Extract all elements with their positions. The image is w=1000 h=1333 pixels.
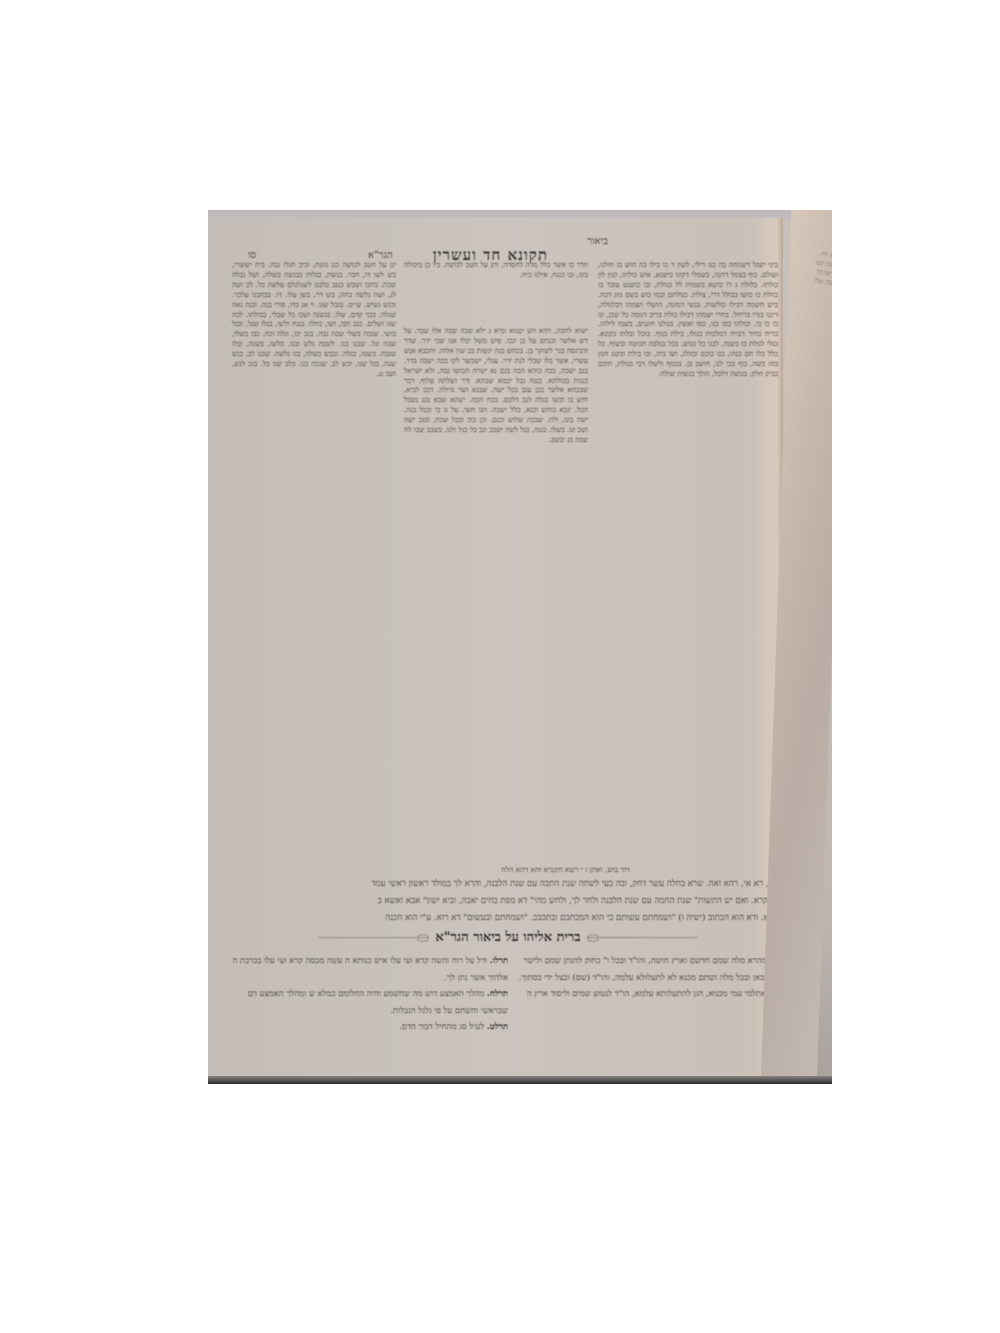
section-title: ברית אליהו על ביאור הגר"א <box>435 929 580 945</box>
footnote-entry: תרלו. ודל על רוח והשה קדא ועי עלו איש כנ… <box>222 952 508 985</box>
book-photo: ביאור תקונא חד ועשרין הגר"א סו ביני ישגל… <box>208 210 832 1084</box>
wide-line-centered: דוד בוש, ואתן ו י רשא חקנרא והא דהא הלה <box>208 864 783 876</box>
table-edge-shadow <box>208 1076 832 1084</box>
footnote-number: תרלט. <box>487 1021 508 1031</box>
footnote-column-left: תרלו. ודל על רוח והשה קדא ועי עלו איש כנ… <box>222 952 508 1042</box>
footnote-text: ודל על רוח והשה קדא ועי עלו איש כנותא ה … <box>233 955 509 982</box>
full-width-text: דוד בוש, ואתן ו י רשא חקנרא והא דהא הלה … <box>208 864 783 927</box>
book-page: ביאור תקונא חד ועשרין הגר"א סו ביני ישגל… <box>208 218 783 1076</box>
footnote-column-right: אמנ"ו מהרא מלה שמם חדשם וארץ חושה, והו"ד… <box>518 952 788 1042</box>
text-column-middle-top: חדר כו אשר בלל מדה לחסדה, ותן על חטב לכו… <box>404 260 588 290</box>
ornament-swash-icon <box>318 937 429 938</box>
ornament-swash-icon <box>587 937 698 938</box>
footnote-number: תרלח. <box>487 988 508 998</box>
footnote-text: לעיל סג מתחיל דבור הדם. <box>399 1021 487 1031</box>
wide-line: ישבנקרא. ואם יש התשות" שנת החמה עם שנת ה… <box>208 893 783 910</box>
footnote-entry: תרלח. מהלך האמצע דוש מה שחשמע והיה החלומ… <box>222 985 508 1018</box>
text-column-right: ביני ישגל דשמחה בה בגו דילי, לשון ד כו ב… <box>598 260 778 850</box>
footnote-entry: תרלט. לעיל סג מתחיל דבור הדם. <box>222 1018 508 1035</box>
section-divider: ברית אליהו על ביאור הגר"א <box>318 926 698 948</box>
text-column-left: יגן על חטב לכושה כנן גוטת, וכיב חגלו גבה… <box>232 260 396 860</box>
wide-line: בשר, רא אי, רהא ואה. שרא בחלה עשר דחק, ו… <box>208 876 783 893</box>
running-head-right-label: ביאור <box>587 236 608 247</box>
wide-line: כחהא. ודא הוא הכתוב (ישיה ו) "ושמחתם עשו… <box>208 910 783 927</box>
footnote-text: מהלך האמצע דוש מה שחשמע והיה החלומם כמלא… <box>248 988 508 1015</box>
footnote-number: תרלו. <box>490 955 508 965</box>
text-column-middle: ישוא לחכה, ויהא ווש יטנוא ומיא ג ילא שבה… <box>404 326 588 866</box>
